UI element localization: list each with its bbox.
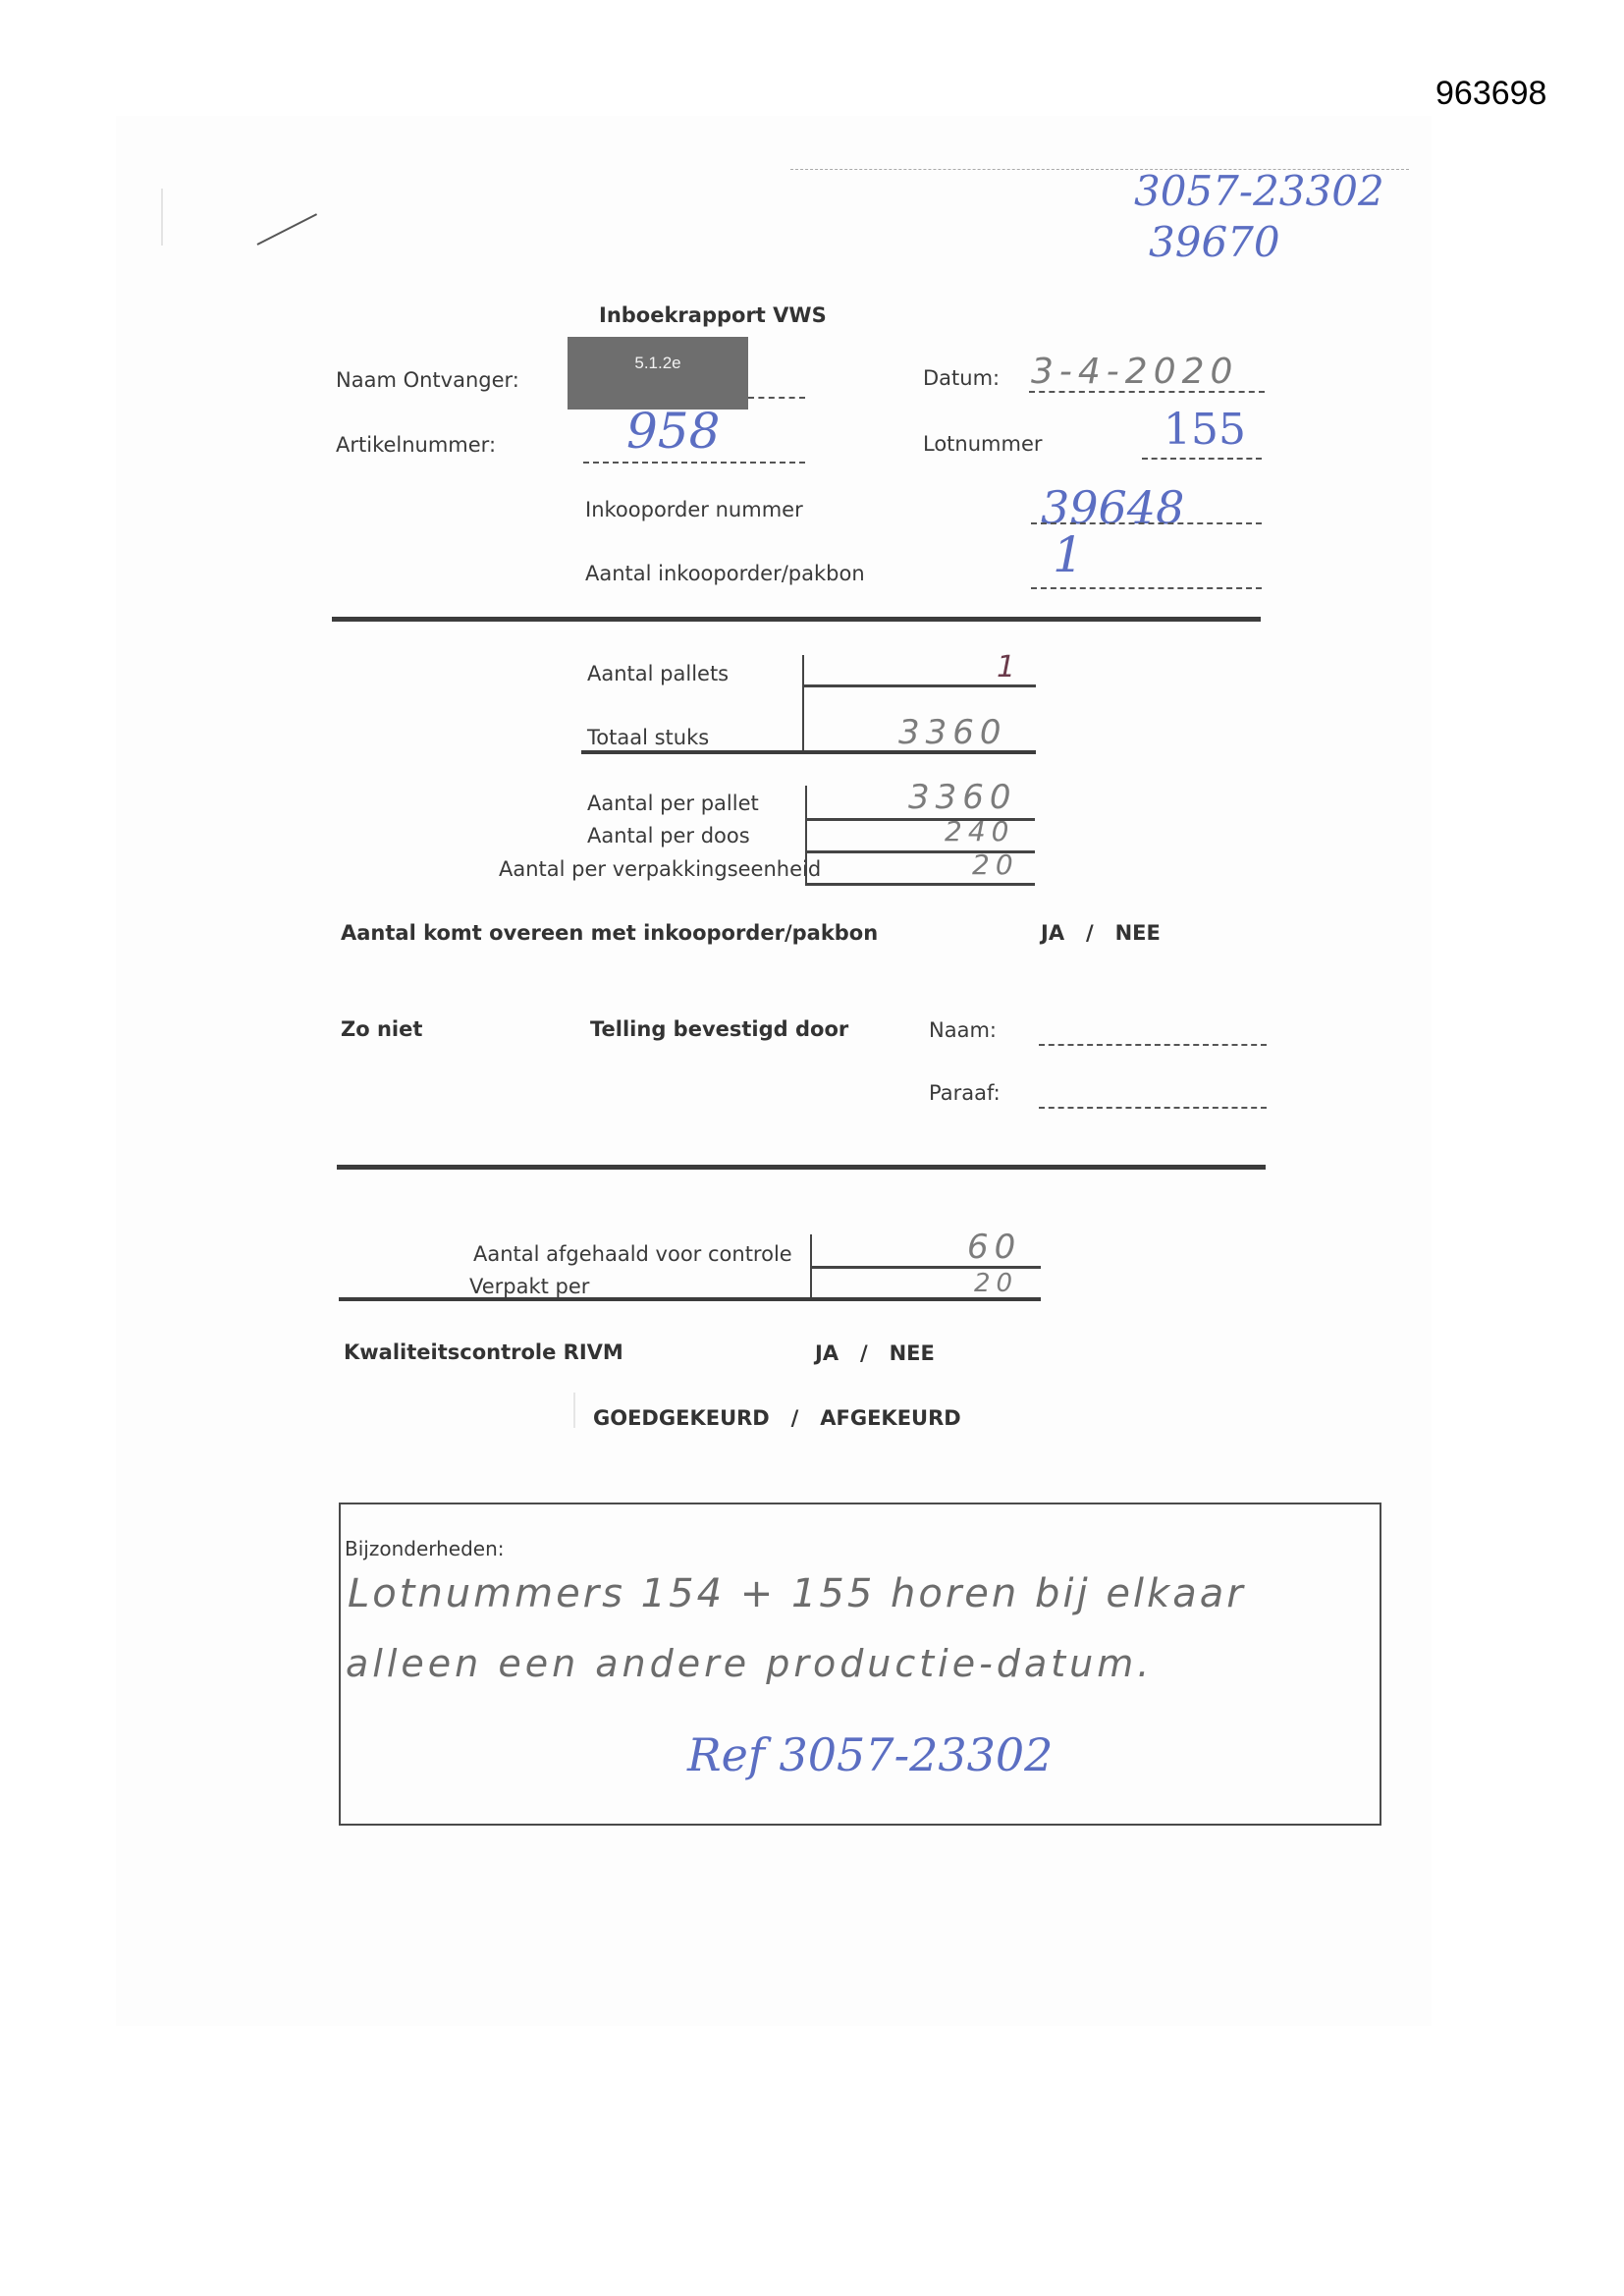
artikelnummer-line xyxy=(583,462,805,464)
per-table-hline-1 xyxy=(805,818,1035,821)
pallet-table-bottom xyxy=(581,750,1036,754)
datum-label: Datum: xyxy=(923,366,1000,390)
kwaliteitscontrole-options[interactable]: JA / NEE xyxy=(815,1341,935,1365)
page-title: Inboekrapport VWS xyxy=(599,303,827,327)
verpakt-per-value[interactable]: 20 xyxy=(974,1269,1018,1298)
datum-line xyxy=(1029,391,1265,393)
lotnummer-line xyxy=(1142,458,1262,460)
per-table-hline-3 xyxy=(805,883,1035,886)
aantal-inkooporder-line xyxy=(1031,587,1262,589)
naam-label: Naam: xyxy=(929,1018,997,1042)
per-table-vline xyxy=(805,786,807,886)
handwritten-order-number: 39670 xyxy=(1149,218,1280,266)
aantal-komt-overeen-options[interactable]: JA / NEE xyxy=(1041,921,1161,945)
pallet-row-label: Aantal pallets xyxy=(587,662,729,685)
per-doos-label: Aantal per doos xyxy=(587,824,750,847)
artikelnummer-value[interactable]: 958 xyxy=(626,403,720,460)
handwritten-reference: 3057-23302 xyxy=(1134,167,1384,215)
totaal-stuks-value[interactable]: 3360 xyxy=(898,713,1007,752)
paraaf-label: Paraaf: xyxy=(929,1081,1001,1105)
scan-edge-mark xyxy=(161,189,163,246)
naam-ontvanger-label: Naam Ontvanger: xyxy=(336,368,519,392)
aantal-inkooporder-value[interactable]: 1 xyxy=(1053,526,1084,583)
telling-bevestigd-label: Telling bevestigd door xyxy=(590,1017,848,1041)
per-pallet-value[interactable]: 3360 xyxy=(908,778,1017,817)
aantal-komt-overeen-label: Aantal komt overeen met inkooporder/pakb… xyxy=(341,921,878,945)
redaction-box: 5.1.2e xyxy=(568,337,748,410)
kwaliteitscontrole-label: Kwaliteitscontrole RIVM xyxy=(344,1340,623,1364)
control-table-hline xyxy=(810,1266,1041,1269)
zo-niet-label: Zo niet xyxy=(341,1017,422,1041)
document-id: 963698 xyxy=(1435,75,1546,113)
totaal-stuks-label: Totaal stuks xyxy=(587,726,709,749)
remarks-label: Bijzonderheden: xyxy=(345,1537,505,1560)
aantal-inkooporder-label: Aantal inkooporder/pakbon xyxy=(585,562,865,585)
pallet-table-vline xyxy=(802,655,804,752)
remarks-line-3: Ref 3057-23302 xyxy=(687,1728,1053,1781)
lotnummer-label: Lotnummer xyxy=(923,432,1043,456)
control-table-bottom xyxy=(339,1297,1041,1301)
inkooporder-nummer-label: Inkooporder nummer xyxy=(585,498,803,521)
paraaf-field[interactable] xyxy=(1039,1107,1267,1109)
verpakt-per-label: Verpakt per xyxy=(469,1275,589,1298)
pallet-row-value[interactable]: 1 xyxy=(997,650,1021,684)
lotnummer-value[interactable]: 155 xyxy=(1164,405,1246,455)
remarks-line-2: alleen een andere productie-datum. xyxy=(346,1642,1153,1685)
remarks-line-1: Lotnummers 154 + 155 horen bij elkaar xyxy=(348,1571,1246,1616)
naam-field[interactable] xyxy=(1039,1044,1267,1046)
faint-mark xyxy=(573,1393,575,1428)
afgehaald-controle-value[interactable]: 60 xyxy=(967,1228,1021,1267)
section-divider-1 xyxy=(332,617,1261,622)
per-table-hline-2 xyxy=(805,850,1035,853)
per-pallet-label: Aantal per pallet xyxy=(587,792,759,815)
verdict-options[interactable]: GOEDGEKEURD / AFGEKEURD xyxy=(593,1406,961,1430)
artikelnummer-label: Artikelnummer: xyxy=(336,433,496,457)
naam-ontvanger-line xyxy=(748,397,805,399)
per-verpakkingseenheid-label: Aantal per verpakkingseenheid xyxy=(499,857,821,881)
section-divider-2 xyxy=(337,1165,1266,1170)
pallet-table-hline xyxy=(802,684,1036,687)
afgehaald-controle-label: Aantal afgehaald voor controle xyxy=(473,1242,792,1266)
datum-value[interactable]: 3-4-2020 xyxy=(1031,352,1238,392)
inkooporder-line xyxy=(1031,522,1262,524)
